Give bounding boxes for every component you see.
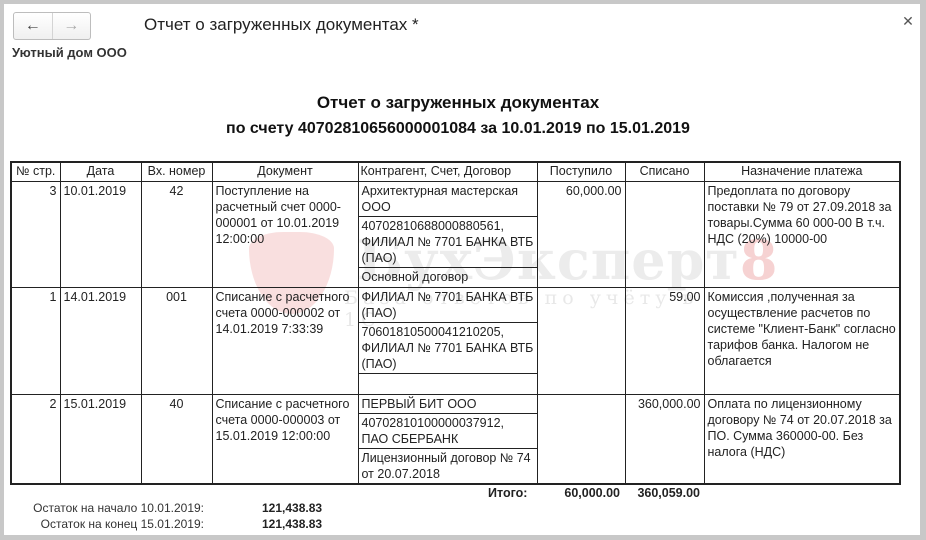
organization-name: Уютный дом ООО bbox=[12, 45, 127, 60]
col-date: Дата bbox=[60, 162, 141, 182]
col-document: Документ bbox=[212, 162, 358, 182]
forward-button[interactable]: → bbox=[53, 13, 91, 39]
cell-document[interactable]: Списание с расчетного счета 0000-000003 … bbox=[212, 395, 358, 485]
cell-counterparty: ФИЛИАЛ № 7701 БАНКА ВТБ (ПАО) 7060181050… bbox=[358, 288, 537, 395]
opening-balance: Остаток на начало 10.01.2019: bbox=[4, 501, 204, 517]
col-purpose: Назначение платежа bbox=[704, 162, 900, 182]
report-table: № стр. Дата Вх. номер Документ Контраген… bbox=[10, 161, 901, 485]
report-title: Отчет о загруженных документах bbox=[4, 93, 912, 113]
table-row: 3 10.01.2019 42 Поступление на расчетный… bbox=[11, 182, 900, 288]
cell-counterparty: ПЕРВЫЙ БИТ ООО 40702810100000037912, ПАО… bbox=[358, 395, 537, 485]
cell-in-number: 001 bbox=[141, 288, 212, 395]
opening-balance-value: 121,438.83 bbox=[262, 501, 322, 515]
cell-purpose: Комиссия ,полученная за осуществление ра… bbox=[704, 288, 900, 395]
cell-spent: 360,000.00 bbox=[625, 395, 704, 485]
cell-date: 14.01.2019 bbox=[60, 288, 141, 395]
contract: Основной договор bbox=[359, 268, 537, 286]
close-icon: ✕ bbox=[902, 13, 914, 29]
col-spent: Списано bbox=[625, 162, 704, 182]
counterparty: Архитектурная мастерская ООО bbox=[359, 182, 537, 217]
cell-line: 3 bbox=[11, 182, 60, 288]
col-line: № стр. bbox=[11, 162, 60, 182]
closing-balance-label: Остаток на конец 15.01.2019: bbox=[41, 517, 204, 531]
table-header: № стр. Дата Вх. номер Документ Контраген… bbox=[11, 162, 900, 182]
cell-purpose: Оплата по лицензионному договору № 74 от… bbox=[704, 395, 900, 485]
totals-received: 60,000.00 bbox=[532, 486, 620, 500]
counterparty: ФИЛИАЛ № 7701 БАНКА ВТБ (ПАО) bbox=[359, 288, 537, 323]
cell-received bbox=[537, 395, 625, 485]
window-title: Отчет о загруженных документах * bbox=[144, 15, 419, 35]
cell-date: 15.01.2019 bbox=[60, 395, 141, 485]
closing-balance-value: 121,438.83 bbox=[262, 517, 322, 531]
cell-document[interactable]: Списание с расчетного счета 0000-000002 … bbox=[212, 288, 358, 395]
cell-date: 10.01.2019 bbox=[60, 182, 141, 288]
cell-line: 2 bbox=[11, 395, 60, 485]
arrow-right-icon: → bbox=[63, 17, 79, 35]
cell-line: 1 bbox=[11, 288, 60, 395]
cell-document[interactable]: Поступление на расчетный счет 0000-00000… bbox=[212, 182, 358, 288]
col-received: Поступило bbox=[537, 162, 625, 182]
table-row: 1 14.01.2019 001 Списание с расчетного с… bbox=[11, 288, 900, 395]
totals-label: Итого: bbox=[488, 486, 527, 500]
close-button[interactable]: ✕ bbox=[900, 13, 916, 29]
cell-spent: 59.00 bbox=[625, 288, 704, 395]
contract: Лицензионный договор № 74 от 20.07.2018 bbox=[359, 449, 537, 483]
report-subtitle: по счету 40702810656000001084 за 10.01.2… bbox=[4, 120, 912, 138]
cell-received: 60,000.00 bbox=[537, 182, 625, 288]
col-in-number: Вх. номер bbox=[141, 162, 212, 182]
cell-spent bbox=[625, 182, 704, 288]
account: 40702810100000037912, ПАО СБЕРБАНК bbox=[359, 414, 537, 449]
arrow-left-icon: ← bbox=[25, 17, 41, 35]
col-counterparty: Контрагент, Счет, Договор bbox=[358, 162, 537, 182]
totals-spent: 360,059.00 bbox=[620, 486, 700, 500]
report-window: ← → Отчет о загруженных документах * ✕ У… bbox=[4, 4, 920, 535]
contract bbox=[359, 374, 537, 394]
opening-balance-label: Остаток на начало 10.01.2019: bbox=[33, 501, 204, 515]
cell-counterparty: Архитектурная мастерская ООО 40702810688… bbox=[358, 182, 537, 288]
cell-received bbox=[537, 288, 625, 395]
table-row: 2 15.01.2019 40 Списание с расчетного сч… bbox=[11, 395, 900, 485]
closing-balance: Остаток на конец 15.01.2019: bbox=[4, 517, 204, 533]
cell-in-number: 42 bbox=[141, 182, 212, 288]
account: 40702810688000880561, ФИЛИАЛ № 7701 БАНК… bbox=[359, 217, 537, 268]
cell-purpose: Предоплата по договору поставки № 79 от … bbox=[704, 182, 900, 288]
counterparty: ПЕРВЫЙ БИТ ООО bbox=[359, 395, 537, 414]
cell-in-number: 40 bbox=[141, 395, 212, 485]
back-button[interactable]: ← bbox=[14, 13, 53, 39]
navigation-buttons: ← → bbox=[13, 12, 91, 40]
account: 70601810500041210205, ФИЛИАЛ № 7701 БАНК… bbox=[359, 323, 537, 374]
